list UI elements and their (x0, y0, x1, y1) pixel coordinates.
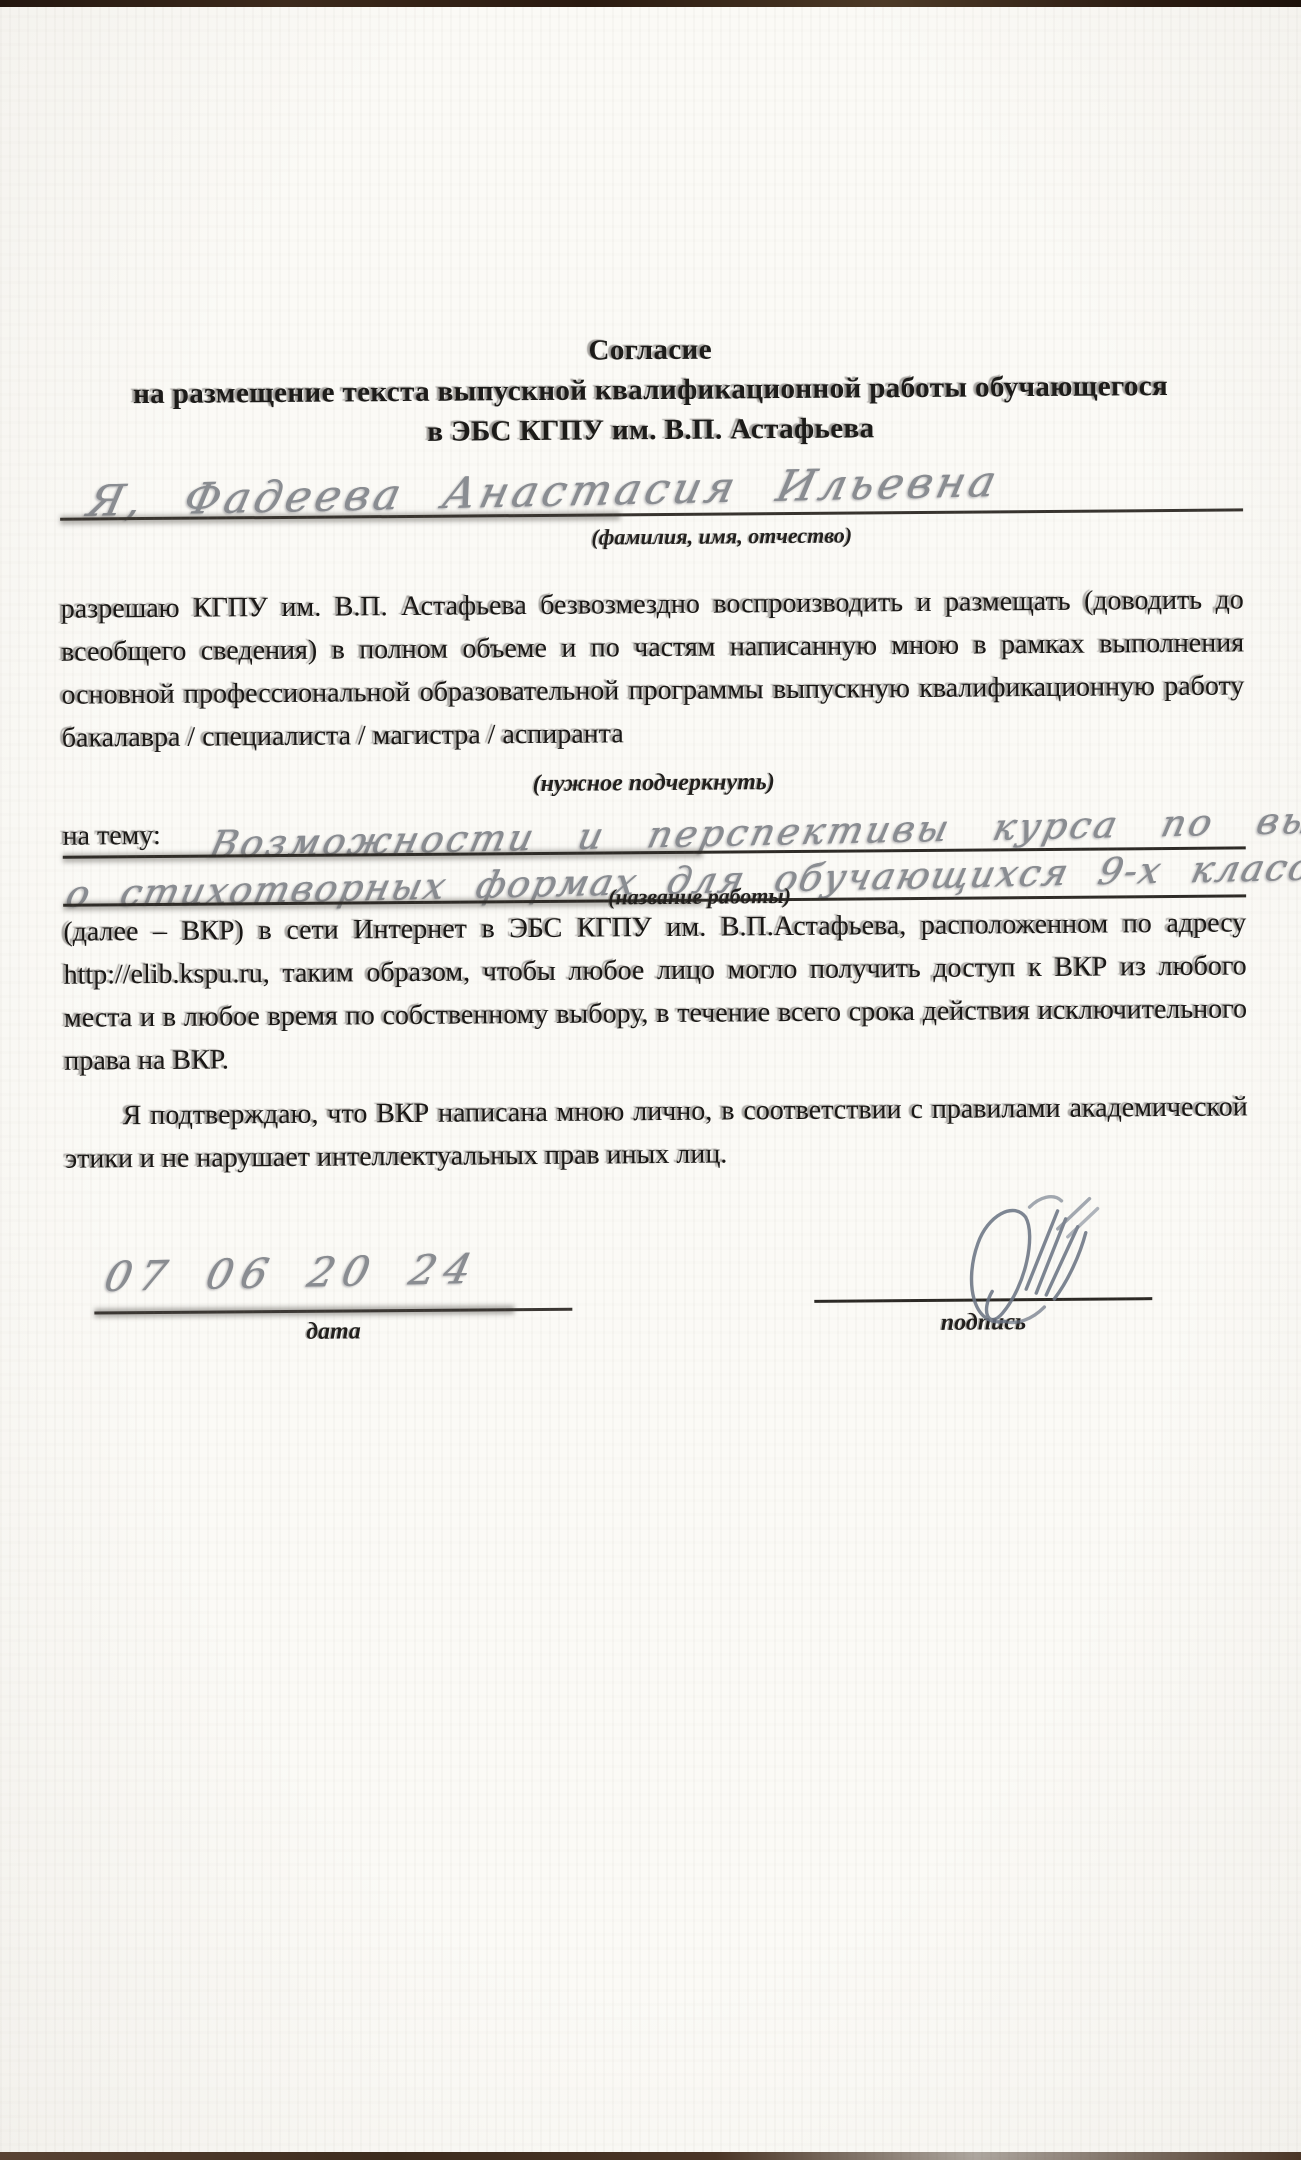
date-caption: дата (94, 1317, 572, 1347)
scan-top-edge (0, 0, 1301, 7)
theme-label: на тему: (63, 820, 161, 853)
scan-bottom-edge (0, 2152, 1301, 2160)
body-paragraph-3: Я подтверждаю, что ВКР написана мною лич… (65, 1085, 1249, 1180)
fullname-fill-line: Я, Фадеева Анастасия Ильевна (60, 441, 1244, 520)
document-title: Согласие на размещение текста выпускной … (59, 325, 1243, 454)
scanned-consent-document: Согласие на размещение текста выпускной … (0, 0, 1301, 2160)
body-paragraph-1: разрешаю КГПУ им. В.П. Астафьева безвозм… (61, 578, 1245, 759)
handwritten-date: 07 06 20 24 (100, 1245, 484, 1301)
underline-instruction: (нужное подчеркнуть) (62, 765, 1245, 800)
handwritten-signature-icon (933, 1188, 1164, 1335)
body-paragraph-2: (далее – ВКР) в сети Интернет в ЭБС КГПУ… (63, 901, 1247, 1082)
fullname-caption: (фамилия, имя, отчество) (130, 519, 1301, 554)
